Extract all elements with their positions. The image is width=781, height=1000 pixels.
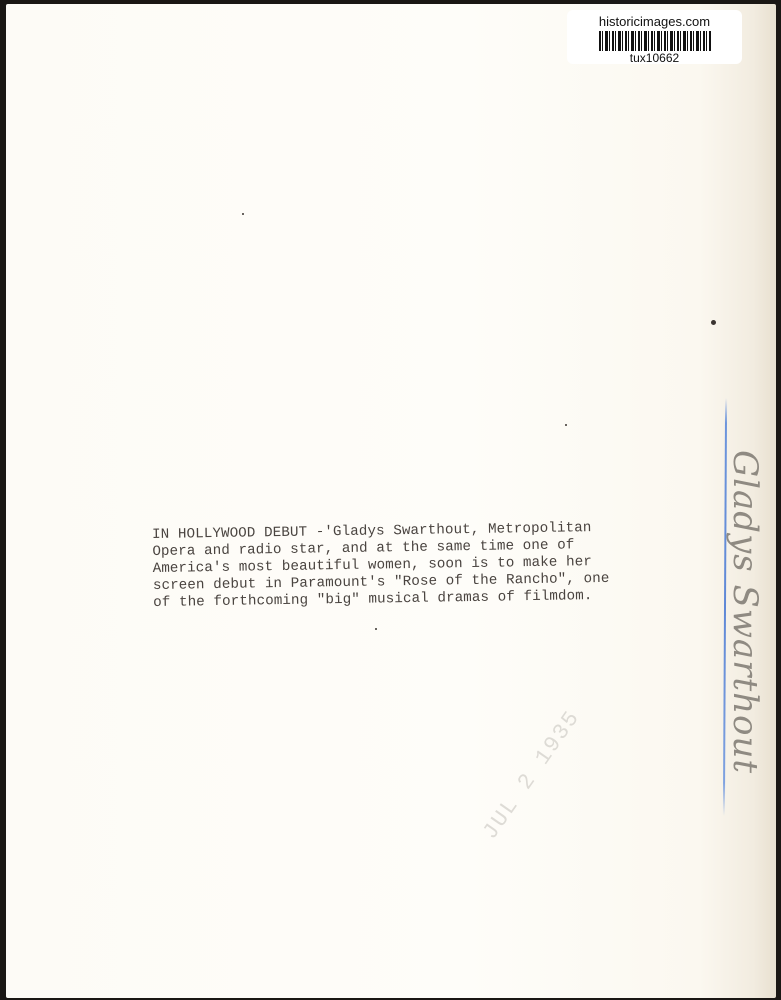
speck-mark xyxy=(565,424,567,426)
handwritten-signature: Gladys Swarthout xyxy=(705,450,765,770)
speck-mark xyxy=(711,320,716,325)
archive-label: historicimages.com tux10662 xyxy=(567,10,742,64)
speck-mark xyxy=(375,628,377,630)
barcode-icon xyxy=(599,31,711,51)
photo-back-paper xyxy=(6,4,776,998)
speck-mark xyxy=(242,213,244,215)
label-code-text: tux10662 xyxy=(567,52,742,65)
label-site-text: historicimages.com xyxy=(567,15,742,29)
typed-caption: IN HOLLYWOOD DEBUT -'Gladys Swarthout, M… xyxy=(152,519,673,612)
